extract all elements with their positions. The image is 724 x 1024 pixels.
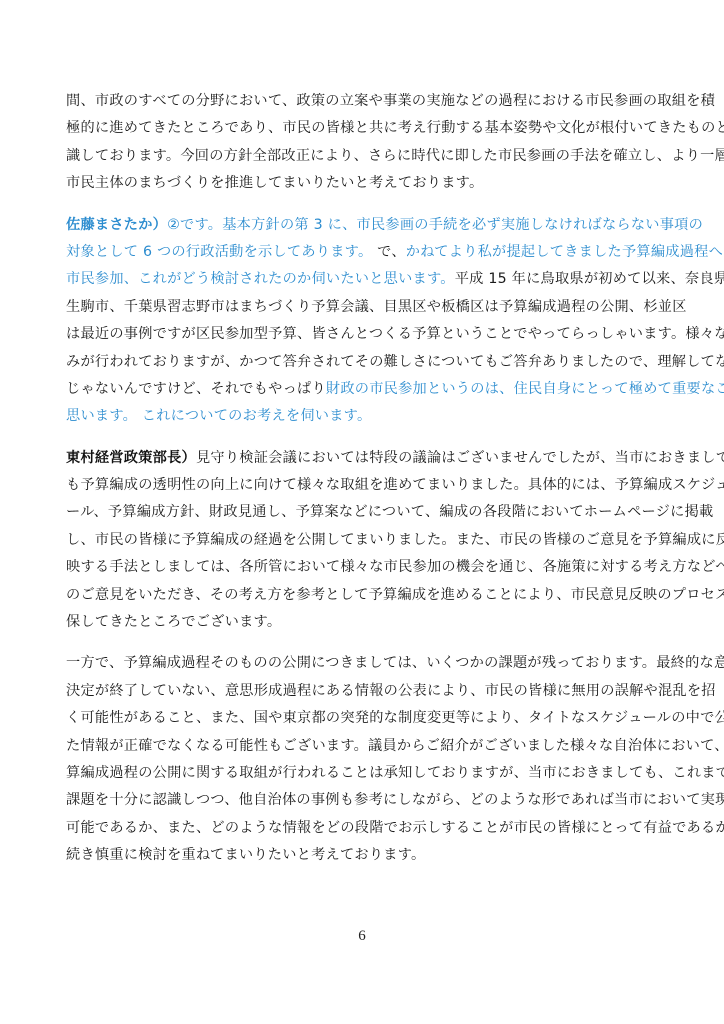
text-line: も予算編成の透明性の向上に向けて様々な取組を進めてまいりました。具体的には、予算… <box>66 472 662 499</box>
text-line: 保してきたところでございます。 <box>66 609 662 636</box>
question-text: 財政の市民参加というのは、住民自身にとって極めて重要なことだと <box>326 381 724 397</box>
text-line: 東村経営政策部長）見守り検証会議においては特段の議論はございませんでしたが、当市… <box>66 445 662 472</box>
text-line: 可能であるか、また、どのような情報をどの段階でお示しすることが市民の皆様にとって… <box>66 815 662 842</box>
text-line: みが行われておりますが、かつて答弁されてその難しさについてもご答弁ありましたので… <box>66 349 662 376</box>
text-line: のご意見をいただき、その考え方を参考として予算編成を進めることにより、市民意見反… <box>66 582 662 609</box>
text-line: 生駒市、千葉県習志野市はまちづくり予算会議、目黒区や板橋区は予算編成過程の公開、… <box>66 294 662 321</box>
paragraph-question-sato: 佐藤まさたか）②です。基本方針の第 3 に、市民参画の手続を必ず実施しなければな… <box>66 212 662 431</box>
text-line: 佐藤まさたか）②です。基本方針の第 3 に、市民参画の手続を必ず実施しなければな… <box>66 212 662 239</box>
text-line: 決定が終了していない、意思形成過程にある情報の公表により、市民の皆様に無用の誤解… <box>66 678 662 705</box>
text-line: 映する手法としましては、各所管において様々な市民参加の機会を通じ、各施策に対する… <box>66 554 662 581</box>
text-line: 市民主体のまちづくりを推進してまいりたいと考えております。 <box>66 170 662 197</box>
question-text: 市民参加、これがどう検討されたのか伺いたいと思います。 <box>66 271 455 287</box>
speaker-label: 東村経営政策部長） <box>66 450 196 466</box>
paragraph-answer-continuation: 間、市政のすべての分野において、政策の立案や事業の実施などの過程における市民参画… <box>66 88 662 198</box>
speaker-label: 佐藤まさたか） <box>66 217 167 233</box>
text-line: 間、市政のすべての分野において、政策の立案や事業の実施などの過程における市民参画… <box>66 88 662 115</box>
plain-text: で、 <box>372 244 405 260</box>
text-line: 市民参加、これがどう検討されたのか伺いたいと思います。平成 15 年に鳥取県が初… <box>66 266 662 293</box>
page-number: 6 <box>0 928 724 945</box>
question-text: かねてより私が提起してきました予算編成過程への <box>406 244 724 260</box>
text-line: 課題を十分に認識しつつ、他自治体の事例も参考にしながら、どのような形であれば当市… <box>66 787 662 814</box>
paragraph-answer-higashimura: 東村経営政策部長）見守り検証会議においては特段の議論はございませんでしたが、当市… <box>66 445 662 637</box>
text-line: し、市民の皆様に予算編成の経過を公開してまいりました。また、市民の皆様のご意見を… <box>66 527 662 554</box>
text-line: じゃないんですけど、それでもやっぱり財政の市民参加というのは、住民自身にとって極… <box>66 376 662 403</box>
plain-text: じゃないんですけど、それでもやっぱり <box>66 381 326 397</box>
question-text: ②です。基本方針の第 3 に、市民参画の手続を必ず実施しなければならない事項の <box>167 217 703 233</box>
question-text: 対象として 6 つの行政活動を示してあります。 <box>66 244 372 260</box>
text-line: た情報が正確でなくなる可能性もございます。議員からご紹介がございました様々な自治… <box>66 733 662 760</box>
text-line: ール、予算編成方針、財政見通し、予算案などについて、編成の各段階においてホームペ… <box>66 499 662 526</box>
text-line: 算編成過程の公開に関する取組が行われることは承知しておりますが、当市におきまして… <box>66 760 662 787</box>
text-line: 続き慎重に検討を重ねてまいりたいと考えております。 <box>66 842 662 869</box>
text-line: 識しております。今回の方針全部改正により、さらに時代に即した市民参画の手法を確立… <box>66 143 662 170</box>
text-line: く可能性があること、また、国や東京都の突発的な制度変更等により、タイトなスケジュ… <box>66 705 662 732</box>
text-line: 極的に進めてきたところであり、市民の皆様と共に考え行動する基本姿勢や文化が根付い… <box>66 115 662 142</box>
paragraph-answer-continued: 一方で、予算編成過程そのものの公開につきましては、いくつかの課題が残っております… <box>66 650 662 869</box>
answer-text: 見守り検証会議においては特段の議論はございませんでしたが、当市におきまして <box>196 450 724 466</box>
text-line: 対象として 6 つの行政活動を示してあります。 で、かねてより私が提起してきまし… <box>66 239 662 266</box>
text-line: 一方で、予算編成過程そのものの公開につきましては、いくつかの課題が残っております… <box>66 650 662 677</box>
text-line: 思います。 これについてのお考えを伺います。 <box>66 403 662 430</box>
document-page: 間、市政のすべての分野において、政策の立案や事業の実施などの過程における市民参画… <box>66 88 662 884</box>
plain-text: 平成 15 年に鳥取県が初めて以来、奈良県 <box>455 271 724 287</box>
text-line: は最近の事例ですが区民参加型予算、皆さんとつくる予算ということでやってらっしゃい… <box>66 321 662 348</box>
